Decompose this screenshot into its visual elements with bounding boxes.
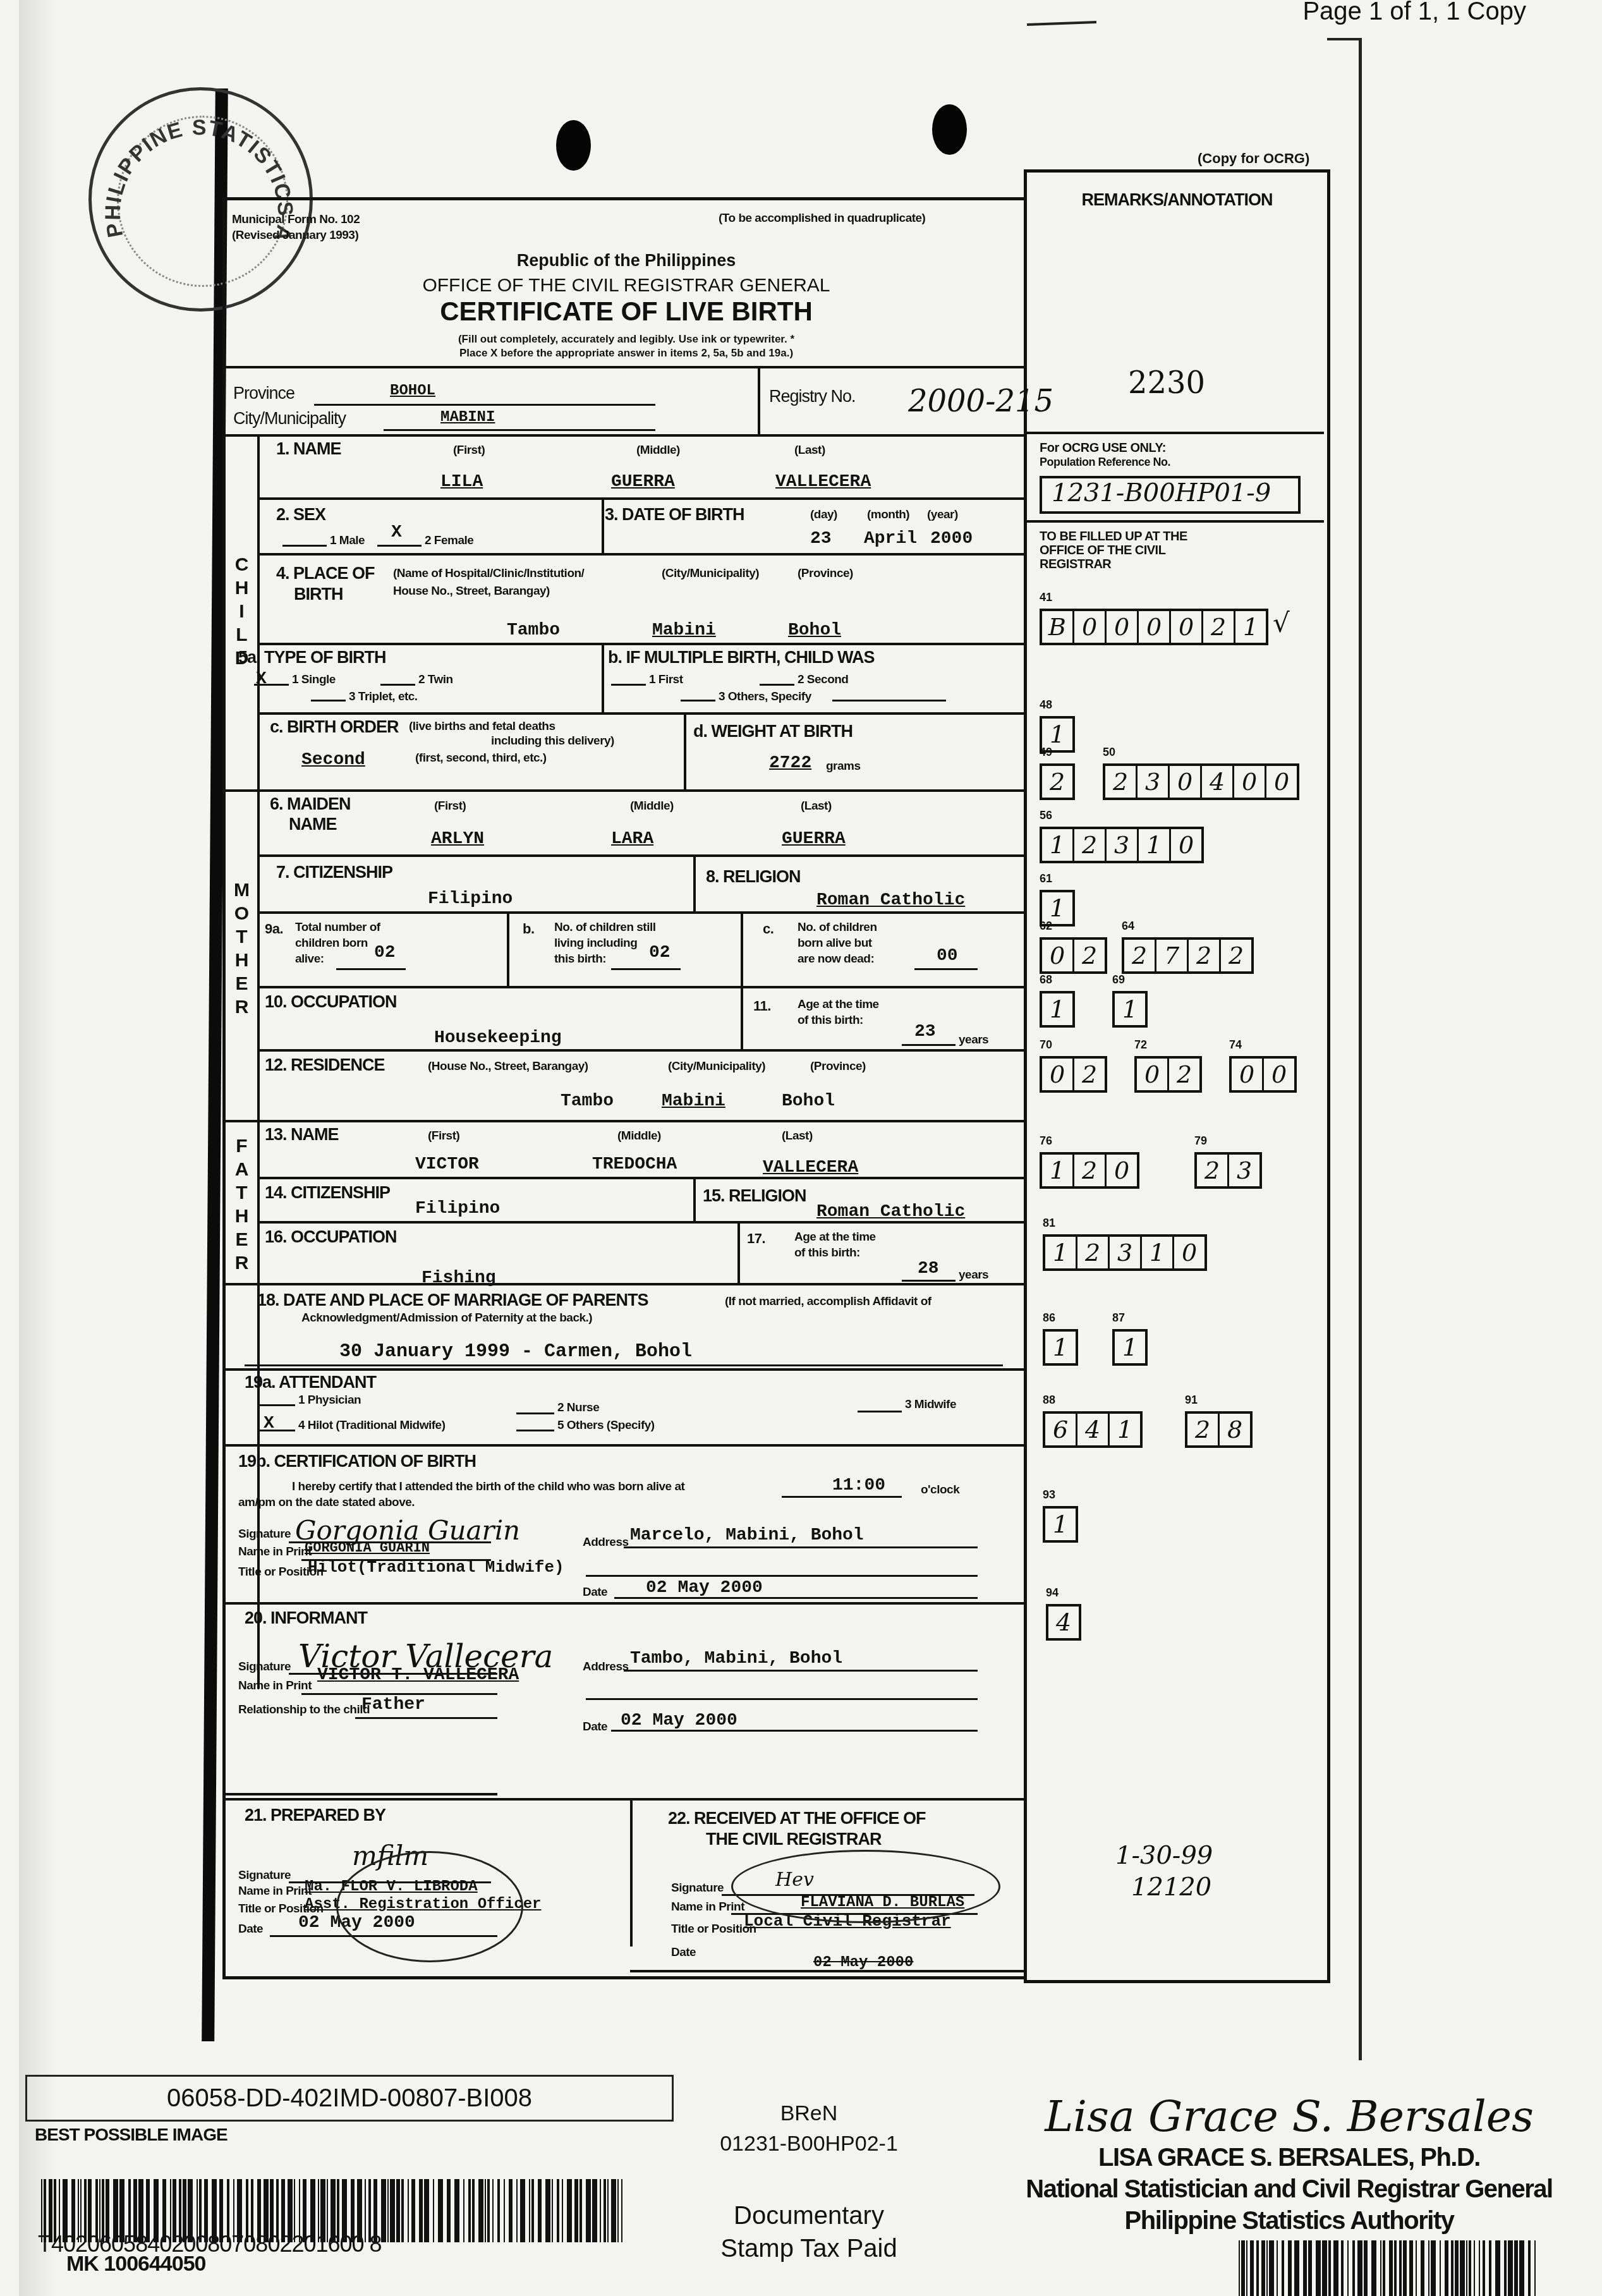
- code-box-94: 4: [1046, 1604, 1081, 1641]
- code-digit: 2: [1187, 1414, 1220, 1445]
- registrar-date: 02 May 2000: [813, 1954, 913, 1971]
- pob-province: Bohol: [788, 621, 841, 640]
- code-label: 56: [1040, 809, 1052, 822]
- residence-label: 12. RESIDENCE: [265, 1055, 385, 1075]
- code-box-93: 1: [1043, 1506, 1078, 1543]
- pob-province-label: (Province): [798, 567, 853, 581]
- code-digit: 2: [1077, 1237, 1110, 1268]
- name-in-print-label: Name in Print: [238, 1679, 312, 1693]
- section-label-mother: MOTHER: [229, 880, 254, 1026]
- sex-label: 2. SEX: [276, 505, 325, 525]
- weight-unit: grams: [826, 760, 861, 774]
- registrar-fill-label: TO BE FILLED UP AT THE: [1040, 530, 1187, 544]
- attendant-others-option[interactable]: 5 Others (Specify): [557, 1419, 655, 1433]
- code-digit: 0: [1042, 1059, 1074, 1090]
- code-digit: 1: [1045, 1509, 1076, 1540]
- residence-house-label: (House No., Street, Barangay): [428, 1060, 588, 1074]
- label-9b: b.: [523, 921, 535, 937]
- code-label: 50: [1103, 746, 1115, 759]
- sex-female-mark[interactable]: X: [391, 523, 402, 542]
- code-box-64: 2722: [1122, 937, 1254, 974]
- registrar-stamp: [731, 1850, 1000, 1923]
- living-label: No. of children still: [554, 921, 656, 935]
- date-label: Date: [238, 1922, 263, 1936]
- handwritten-note-number: 12120: [1131, 1873, 1211, 1902]
- bren-label: BReN: [714, 2098, 904, 2129]
- child-middle-name: GUERRA: [611, 472, 675, 492]
- middle-label: (Middle): [617, 1129, 661, 1143]
- attendant-hilot-option[interactable]: 4 Hilot (Traditional Midwife): [298, 1419, 446, 1433]
- weight-label: d. WEIGHT AT BIRTH: [693, 722, 853, 741]
- mother-last-name: GUERRA: [782, 829, 846, 849]
- dead-value: 00: [937, 946, 958, 966]
- prepared-by-label: 21. PREPARED BY: [245, 1806, 385, 1825]
- scan-mark: [1027, 21, 1096, 26]
- code-digit: 2: [1074, 1155, 1107, 1186]
- code-digit: 0: [1171, 611, 1203, 643]
- bren-block: BReN 01231-B00HP02-1: [714, 2098, 904, 2159]
- child-first-name: LILA: [440, 472, 483, 492]
- total-born-label-2: children born: [295, 937, 368, 951]
- bren-value: 01231-B00HP02-1: [714, 2129, 904, 2159]
- signature-label: Signature: [238, 1660, 291, 1674]
- code-digit: B: [1042, 611, 1074, 643]
- mother-age-label: Age at the time: [798, 998, 879, 1012]
- code-digit: 0: [1137, 1059, 1169, 1090]
- security-barcode: [1239, 2240, 1536, 2296]
- code-digit: 2: [1124, 940, 1156, 971]
- code-digit: 1: [1110, 1414, 1140, 1445]
- mother-age: 23: [914, 1022, 936, 1042]
- stamp-tax-line-1: Documentary: [701, 2199, 916, 2232]
- address-label: Address: [583, 1660, 629, 1674]
- attendant-physician-option[interactable]: 1 Physician: [298, 1394, 361, 1407]
- attendant-address: Marcelo, Mabini, Bohol: [630, 1526, 864, 1545]
- dead-label: No. of children: [798, 921, 877, 935]
- code-label: 62: [1040, 920, 1052, 933]
- code-label: 70: [1040, 1038, 1052, 1052]
- birth-order-value: Second: [301, 750, 365, 770]
- code-digit: 3: [1110, 1237, 1142, 1268]
- type-single-option[interactable]: 1 Single: [292, 673, 336, 687]
- total-born-label-3: alive:: [295, 952, 324, 966]
- label-9a: 9a.: [265, 921, 283, 937]
- code-label: 93: [1043, 1488, 1055, 1502]
- code-label: 68: [1040, 973, 1052, 987]
- province-label: Province: [233, 384, 294, 403]
- signature-label: Signature: [671, 1881, 724, 1895]
- name-in-print-label: Name in Print: [238, 1885, 312, 1898]
- code-digit: 4: [1077, 1414, 1110, 1445]
- code-label: 49: [1040, 746, 1052, 759]
- quadruplicate-note: (To be accomplished in quadruplicate): [719, 212, 925, 226]
- code-box-86: 1: [1043, 1329, 1078, 1366]
- code-label: 79: [1194, 1134, 1207, 1148]
- received-label-2: THE CIVIL REGISTRAR: [706, 1830, 882, 1849]
- multiple-first-option[interactable]: 1 First: [649, 673, 683, 687]
- code-digit: 0: [1266, 766, 1297, 798]
- attendant-date: 02 May 2000: [646, 1578, 763, 1598]
- code-label: 41: [1040, 591, 1052, 604]
- age-unit: years: [959, 1033, 988, 1047]
- code-digit: 0: [1107, 1155, 1137, 1186]
- registry-label: Registry No.: [769, 387, 856, 406]
- father-middle-name: TREDOCHA: [592, 1155, 677, 1174]
- label-11: 11.: [753, 998, 771, 1014]
- code-digit: 8: [1220, 1414, 1250, 1445]
- code-digit: 1: [1235, 611, 1266, 643]
- code-digit: 4: [1202, 766, 1234, 798]
- last-label: (Last): [801, 799, 832, 813]
- attendant-midwife-option[interactable]: 3 Midwife: [905, 1398, 956, 1412]
- day-label: (day): [810, 508, 837, 522]
- residence-city: Mabini: [662, 1091, 725, 1111]
- year-label: (year): [927, 508, 958, 522]
- marriage-label: 18. DATE AND PLACE OF MARRIAGE OF PARENT…: [257, 1291, 648, 1310]
- sex-male-option[interactable]: 1 Male: [330, 534, 365, 548]
- child-name-label: 1. NAME: [276, 439, 341, 459]
- child-last-name: VALLECERA: [775, 472, 871, 492]
- code-label: 87: [1112, 1311, 1125, 1325]
- total-born-label: Total number of: [295, 921, 380, 935]
- dob-year: 2000: [930, 529, 973, 549]
- code-digit: 2: [1169, 1059, 1199, 1090]
- code-digit: 1: [1139, 829, 1171, 861]
- father-age-label-2: of this birth:: [794, 1246, 860, 1260]
- code-box-49: 2: [1040, 763, 1075, 800]
- preparer-stamp: [336, 1851, 523, 1962]
- code-digit: 2: [1203, 611, 1235, 643]
- code-box-62: 02: [1040, 937, 1107, 974]
- code-digit: 0: [1171, 829, 1201, 861]
- name-in-print-label: Name in Print: [238, 1545, 312, 1559]
- living-label-3: this birth:: [554, 952, 606, 966]
- mother-citizenship-label: 7. CITIZENSHIP: [276, 863, 392, 882]
- mother-middle-name: LARA: [611, 829, 653, 849]
- instructions-2: Place X before the appropriate answer in…: [226, 347, 1027, 360]
- ocrg-use-label: For OCRG USE ONLY:: [1040, 441, 1166, 456]
- mk-number: MK 100644050: [66, 2252, 206, 2276]
- remarks-title: REMARKS/ANNOTATION: [1027, 190, 1327, 210]
- multiple-others-option[interactable]: 3 Others, Specify: [719, 690, 811, 704]
- code-digit: 1: [1115, 993, 1145, 1025]
- form-number: Municipal Form No. 102: [232, 213, 360, 227]
- father-citizenship: Filipino: [415, 1199, 500, 1218]
- last-label: (Last): [782, 1129, 813, 1143]
- father-last-name: VALLECERA: [763, 1158, 858, 1177]
- mother-name-label-1: 6. MAIDEN: [270, 794, 351, 814]
- attendant-title: Hilot(Traditional Midwife): [308, 1558, 564, 1577]
- date-label: Date: [671, 1946, 696, 1960]
- residence-province: Bohol: [782, 1091, 835, 1111]
- mother-first-name: ARLYN: [431, 829, 484, 849]
- multiple-birth-label: b. IF MULTIPLE BIRTH, CHILD WAS: [608, 648, 874, 667]
- type-of-birth-label: 5a. TYPE OF BIRTH: [238, 648, 386, 667]
- code-digit: 0: [1107, 611, 1139, 643]
- code-digit: 0: [1170, 766, 1202, 798]
- birth-order-note: (live births and fetal deaths: [409, 720, 555, 734]
- certification-text-2: am/pm on the date stated above.: [238, 1496, 415, 1510]
- label-9c: c.: [763, 921, 774, 937]
- code-label: 69: [1112, 973, 1125, 987]
- best-image-label: BEST POSSIBLE IMAGE: [35, 2125, 228, 2145]
- dead-label-2: born alive but: [798, 937, 872, 951]
- father-religion-label: 15. RELIGION: [703, 1186, 806, 1206]
- code-box-87: 1: [1112, 1329, 1148, 1366]
- signatory-name: LISA GRACE S. BERSALES, Ph.D.: [1005, 2142, 1574, 2173]
- city-value: MABINI: [440, 409, 495, 426]
- right-border-rule: [1359, 38, 1362, 2060]
- mother-occupation-label: 10. OCCUPATION: [265, 992, 397, 1012]
- code-digit: 4: [1048, 1607, 1079, 1638]
- informant-name: VICTOR T. VALLECERA: [317, 1665, 519, 1685]
- residence-city-label: (City/Municipality): [668, 1060, 765, 1074]
- birth-time: 11:00: [832, 1476, 885, 1495]
- attendant-label: 19a. ATTENDANT: [245, 1373, 376, 1392]
- dob-month: April: [864, 529, 917, 549]
- living-label-2: living including: [554, 937, 637, 951]
- father-occupation-label: 16. OCCUPATION: [265, 1227, 397, 1247]
- type-twin-option[interactable]: 2 Twin: [418, 673, 453, 687]
- father-age-label: Age at the time: [794, 1230, 876, 1244]
- signatory-organization: Philippine Statistics Authority: [1005, 2205, 1574, 2237]
- code-label: 81: [1043, 1217, 1055, 1230]
- mother-occupation: Housekeeping: [434, 1028, 562, 1048]
- code-digit: 0: [1042, 940, 1074, 971]
- code-digit: 6: [1045, 1414, 1077, 1445]
- name-in-print-label: Name in Print: [671, 1900, 744, 1914]
- code-label: 94: [1046, 1586, 1059, 1600]
- pob-label-1: 4. PLACE OF: [276, 564, 375, 583]
- code-label: 91: [1185, 1394, 1198, 1407]
- code-box-76: 120: [1040, 1152, 1139, 1189]
- document-title: CERTIFICATE OF LIVE BIRTH: [226, 296, 1027, 327]
- code-box-50: 230400: [1103, 763, 1299, 800]
- birth-certificate-form: Municipal Form No. 102 (Revised January …: [222, 197, 1027, 1979]
- informant-label: 20. INFORMANT: [245, 1608, 367, 1628]
- code-box-56: 12310: [1040, 827, 1204, 863]
- pob-city-label: (City/Municipality): [662, 567, 759, 581]
- father-name-label: 13. NAME: [265, 1125, 339, 1145]
- father-citizenship-label: 14. CITIZENSHIP: [265, 1183, 390, 1203]
- registrar-fill-label-3: REGISTRAR: [1040, 557, 1111, 572]
- relationship-label: Relationship to the child: [238, 1703, 370, 1717]
- residence-place: Tambo: [561, 1091, 614, 1111]
- code-digit: 3: [1229, 1155, 1259, 1186]
- check-mark-icon: √: [1273, 607, 1290, 638]
- code-box-79: 23: [1194, 1152, 1262, 1189]
- code-box-74: 00: [1229, 1056, 1297, 1093]
- signature-label: Signature: [238, 1869, 291, 1883]
- pob-label-2: BIRTH: [294, 585, 343, 604]
- signature-label: Signature: [238, 1528, 291, 1541]
- office-heading: OFFICE OF THE CIVIL REGISTRAR GENERAL: [226, 275, 1027, 296]
- month-label: (month): [867, 508, 909, 522]
- father-age: 28: [918, 1259, 939, 1279]
- handwritten-note-date: 1-30-99: [1115, 1841, 1213, 1870]
- signatory-title: National Statistician and Civil Registra…: [1005, 2173, 1574, 2205]
- mother-religion: Roman Catholic: [816, 890, 965, 910]
- sex-female-option[interactable]: 2 Female: [425, 534, 473, 548]
- population-ref-label: Population Reference No.: [1040, 456, 1170, 469]
- instructions-1: (Fill out completely, accurately and leg…: [226, 333, 1027, 346]
- annotation-number: 2230: [1128, 365, 1205, 401]
- page-indicator: Page 1 of 1, 1 Copy: [1302, 0, 1526, 26]
- address-label: Address: [583, 1536, 629, 1550]
- certification-label: 19b. CERTIFICATION OF BIRTH: [238, 1452, 476, 1471]
- informant-date: 02 May 2000: [621, 1711, 737, 1730]
- oclock-label: o'clock: [921, 1483, 959, 1497]
- informant-relationship: Father: [361, 1695, 425, 1715]
- first-label: (First): [434, 799, 466, 813]
- code-digit: 1: [1045, 1332, 1076, 1363]
- code-digit: 2: [1189, 940, 1221, 971]
- dob-label: 3. DATE OF BIRTH: [605, 505, 744, 525]
- copy-for-label: (Copy for OCRG): [1198, 150, 1309, 167]
- code-digit: 2: [1042, 766, 1072, 798]
- first-label: (First): [428, 1129, 459, 1143]
- code-digit: 2: [1074, 940, 1105, 971]
- father-first-name: VICTOR: [415, 1155, 479, 1174]
- middle-label: (Middle): [630, 799, 674, 813]
- weight-value: 2722: [769, 753, 811, 773]
- code-box-68: 1: [1040, 991, 1075, 1028]
- code-box-41: B000021: [1040, 609, 1268, 645]
- marriage-note-2: Acknowledgment/Admission of Paternity at…: [301, 1311, 592, 1325]
- birth-order-note-3: (first, second, third, etc.): [415, 751, 547, 765]
- code-digit: 1: [1045, 1237, 1077, 1268]
- code-box-70: 02: [1040, 1056, 1107, 1093]
- signatory-block: Lisa Grace S. Bersales LISA GRACE S. BER…: [1005, 2092, 1574, 2237]
- code-digit: 1: [1115, 1332, 1145, 1363]
- population-ref-box: 1231-B00HP01-9: [1040, 476, 1301, 514]
- type-single-mark[interactable]: X: [256, 669, 267, 689]
- section-label-father: FATHER: [229, 1136, 254, 1282]
- dead-label-3: are now dead:: [798, 952, 874, 966]
- multiple-second-option[interactable]: 2 Second: [798, 673, 848, 687]
- code-digit: 3: [1138, 766, 1170, 798]
- living-value: 02: [649, 943, 671, 963]
- residence-province-label: (Province): [810, 1060, 866, 1074]
- code-label: 64: [1122, 920, 1134, 933]
- first-label: (First): [453, 444, 485, 458]
- code-box-72: 02: [1134, 1056, 1202, 1093]
- code-digit: 0: [1264, 1059, 1294, 1090]
- code-label: 88: [1043, 1394, 1055, 1407]
- pob-address-label: House No., Street, Barangay): [393, 585, 550, 598]
- pob-city: Mabini: [652, 621, 716, 640]
- code-digit: 1: [1042, 993, 1072, 1025]
- scan-shadow: [19, 0, 57, 2296]
- population-ref-value: 1231-B00HP01-9: [1052, 478, 1271, 507]
- form-revision: (Revised January 1993): [232, 229, 358, 243]
- code-box-88: 641: [1043, 1411, 1143, 1448]
- signatory-signature: Lisa Grace S. Bersales: [1005, 2092, 1574, 2142]
- total-born-value: 02: [374, 943, 396, 963]
- middle-label: (Middle): [636, 444, 680, 458]
- city-label: City/Municipality: [233, 409, 346, 428]
- marriage-note: (If not married, accomplish Affidavit of: [725, 1295, 931, 1309]
- informant-address: Tambo, Mabini, Bohol: [630, 1649, 842, 1668]
- code-digit: 2: [1105, 766, 1138, 798]
- last-label: (Last): [794, 444, 825, 458]
- punch-hole: [932, 104, 967, 155]
- mother-name-label-2: NAME: [289, 815, 337, 834]
- code-digit: 2: [1221, 940, 1251, 971]
- code-digit: 1: [1042, 829, 1074, 861]
- received-label-1: 22. RECEIVED AT THE OFFICE OF: [668, 1809, 926, 1828]
- code-digit: 3: [1107, 829, 1139, 861]
- code-digit: 0: [1234, 766, 1266, 798]
- crop-mark: [1327, 38, 1362, 40]
- certification-text: I hereby certify that I attended the bir…: [292, 1480, 684, 1494]
- document-code: 06058-DD-402IMD-00807-BI008: [25, 2075, 674, 2122]
- code-label: 61: [1040, 872, 1052, 885]
- attendant-nurse-option[interactable]: 2 Nurse: [557, 1401, 599, 1415]
- province-value: BOHOL: [390, 382, 435, 399]
- code-digit: 0: [1139, 611, 1171, 643]
- code-digit: 0: [1074, 611, 1107, 643]
- mother-age-label-2: of this birth:: [798, 1014, 863, 1028]
- pob-place: Tambo: [507, 621, 560, 640]
- remarks-panel: REMARKS/ANNOTATION 2230 For OCRG USE ONL…: [1024, 169, 1330, 1983]
- code-box-81: 12310: [1043, 1234, 1207, 1271]
- code-digit: 2: [1197, 1155, 1229, 1186]
- code-digit: 1: [1142, 1237, 1174, 1268]
- pob-hospital-label: (Name of Hospital/Clinic/Institution/: [393, 567, 584, 581]
- age-unit: years: [959, 1268, 988, 1282]
- mother-citizenship: Filipino: [428, 889, 513, 909]
- code-digit: 7: [1156, 940, 1189, 971]
- birth-order-note-2: including this delivery): [491, 734, 614, 748]
- dob-day: 23: [810, 529, 832, 549]
- label-17: 17.: [747, 1230, 765, 1247]
- code-box-69: 1: [1112, 991, 1148, 1028]
- code-digit: 0: [1174, 1237, 1205, 1268]
- republic-heading: Republic of the Philippines: [226, 251, 1027, 270]
- punch-hole: [556, 120, 591, 171]
- code-label: 48: [1040, 698, 1052, 712]
- mother-religion-label: 8. RELIGION: [706, 867, 801, 887]
- date-label: Date: [583, 1720, 607, 1734]
- code-digit: 2: [1074, 829, 1107, 861]
- date-label: Date: [583, 1586, 607, 1600]
- stamp-tax-block: Documentary Stamp Tax Paid: [701, 2199, 916, 2265]
- code-label: 74: [1229, 1038, 1242, 1052]
- code-box-91: 28: [1185, 1411, 1253, 1448]
- code-label: 86: [1043, 1311, 1055, 1325]
- code-digit: 2: [1074, 1059, 1105, 1090]
- registrar-fill-label-2: OFFICE OF THE CIVIL: [1040, 544, 1165, 558]
- attendant-name: GORGONIA GUARIN: [305, 1540, 430, 1556]
- code-label: 72: [1134, 1038, 1147, 1052]
- stamp-tax-line-2: Stamp Tax Paid: [701, 2232, 916, 2265]
- code-digit: 1: [1042, 1155, 1074, 1186]
- type-triplet-option[interactable]: 3 Triplet, etc.: [349, 690, 418, 704]
- code-label: 76: [1040, 1134, 1052, 1148]
- birth-order-label: c. BIRTH ORDER: [270, 717, 399, 737]
- father-religion: Roman Catholic: [816, 1202, 965, 1222]
- code-digit: 0: [1232, 1059, 1264, 1090]
- marriage-value: 30 January 1999 - Carmen, Bohol: [339, 1341, 692, 1363]
